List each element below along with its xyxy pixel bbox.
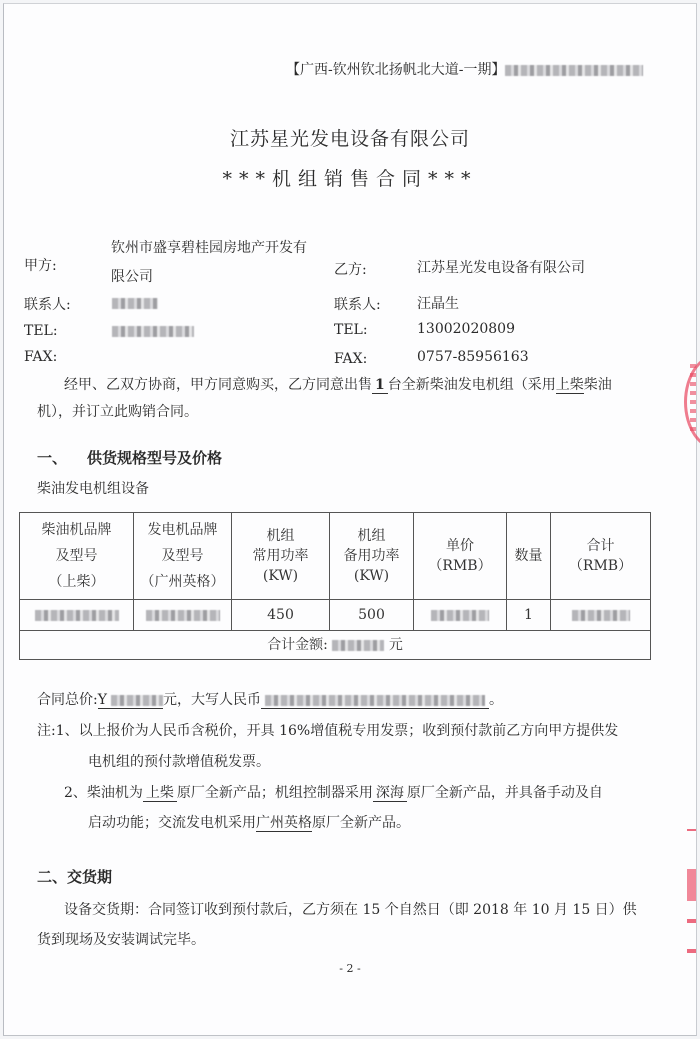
note-controller-brand: 深海 [373, 785, 407, 802]
party-a-name-line1: 钦州市盛享碧桂园房地产开发有 [111, 237, 307, 257]
party-a-label: 甲方: [24, 255, 57, 275]
price-label: 合同总价: [37, 692, 98, 708]
company-seal-bottom-icon [687, 819, 696, 959]
price-words-redacted [265, 695, 485, 706]
quantity-value: 1 [372, 377, 388, 394]
party-b-contact: 汪晶生 [417, 293, 459, 313]
section1-title: 供货规格型号及价格 [87, 449, 222, 467]
intro-line2: 机），并订立此购销合同。 [37, 401, 198, 421]
header-quantity: 数量 [507, 513, 551, 600]
section1-number: 一、 [37, 449, 67, 467]
header-prime-power: 机组常用功率(KW) [232, 513, 330, 600]
table-header-row: 柴油机品牌及型号（上柴） 发电机品牌及型号（广州英格） 机组常用功率(KW) 机… [20, 513, 651, 600]
party-a-fax-label: FAX: [24, 349, 57, 365]
party-a-contact-label: 联系人: [24, 294, 71, 314]
contract-price-line: 合同总价:Y元，大写人民币。 [37, 689, 503, 709]
page-number: - 2 - [4, 962, 696, 975]
project-tag-label: 【广西-钦州钦北扬帆北大道-一期】 [286, 62, 505, 78]
party-b-fax: 0757-85956163 [417, 349, 529, 365]
delivery-line2: 货到现场及安装调试完毕。 [37, 929, 205, 949]
party-b-label: 乙方: [334, 259, 367, 279]
cell-quantity: 1 [507, 600, 551, 631]
table-row: 450 500 1 [20, 600, 651, 631]
note-alternator-brand: 广州英格 [256, 815, 312, 832]
section2-title: 二、交货期 [37, 866, 112, 887]
project-tag: 【广西-钦州钦北扬帆北大道-一期】 [286, 59, 643, 79]
party-a-tel-redacted [112, 326, 194, 337]
header-unit-price: 单价（RMB） [414, 513, 507, 600]
price-amount-redacted [111, 695, 163, 706]
cell-generator-model [134, 600, 232, 631]
total-unit: 元 [389, 637, 403, 653]
section1-heading: 一、供货规格型号及价格 [37, 447, 222, 468]
intro-line1: 经甲、乙双方协商，甲方同意购买，乙方同意出售1台全新柴油发电机组（采用上柴柴油 [64, 374, 612, 394]
party-b-fax-label: FAX: [334, 351, 367, 367]
note1-line1: 注:1、以上报价为人民币含税价，开具 16%增值税专用发票；收到预付款前乙方向甲… [37, 720, 618, 740]
seal-text-fragment [690, 364, 696, 434]
engine-brand: 上柴 [556, 377, 584, 394]
total-label: 合计金额: [267, 637, 328, 653]
party-a-name-line2: 限公司 [111, 266, 153, 286]
cell-engine-model [20, 600, 134, 631]
redacted-project-code [505, 65, 643, 76]
cell-subtotal [551, 600, 651, 631]
party-a-tel-label: TEL: [24, 323, 58, 339]
spec-table: 柴油机品牌及型号（上柴） 发电机品牌及型号（广州英格） 机组常用功率(KW) 机… [19, 512, 651, 660]
header-standby-power: 机组备用功率(KW) [330, 513, 414, 600]
note-engine-brand: 上柴 [143, 785, 177, 802]
cell-unit-price [414, 600, 507, 631]
note2-line1: 2、柴油机为上柴原厂全新产品；机组控制器采用深海原厂全新产品，并具备手动及自 [64, 782, 603, 802]
party-a-contact-redacted [112, 298, 158, 309]
cell-standby-power: 500 [330, 600, 414, 631]
header-subtotal: 合计（RMB） [551, 513, 651, 600]
table-total-row: 合计金额: 元 [20, 631, 651, 660]
total-cell: 合计金额: 元 [20, 631, 651, 660]
note1-line2: 电机组的预付款增值税发票。 [88, 751, 270, 771]
cell-prime-power: 450 [232, 600, 330, 631]
delivery-line1: 设备交货期：合同签订收到预付款后，乙方须在 15 个自然日（即 2018 年 1… [64, 899, 637, 919]
contract-title: ***机组销售合同*** [4, 164, 696, 191]
party-b-contact-label: 联系人: [334, 294, 381, 314]
header-engine: 柴油机品牌及型号（上柴） [20, 513, 134, 600]
header-generator: 发电机品牌及型号（广州英格） [134, 513, 232, 600]
total-value-redacted [332, 640, 384, 651]
note2-line2: 启动功能；交流发电机采用广州英格原厂全新产品。 [88, 812, 410, 832]
party-b-tel: 13002020809 [417, 321, 515, 337]
contract-page: 【广西-钦州钦北扬帆北大道-一期】 江苏星光发电设备有限公司 ***机组销售合同… [3, 3, 697, 1036]
party-b-tel-label: TEL: [334, 322, 368, 338]
company-title: 江苏星光发电设备有限公司 [4, 124, 696, 151]
section1-subtitle: 柴油发电机组设备 [37, 478, 149, 498]
party-b-name: 江苏星光发电设备有限公司 [417, 257, 585, 277]
